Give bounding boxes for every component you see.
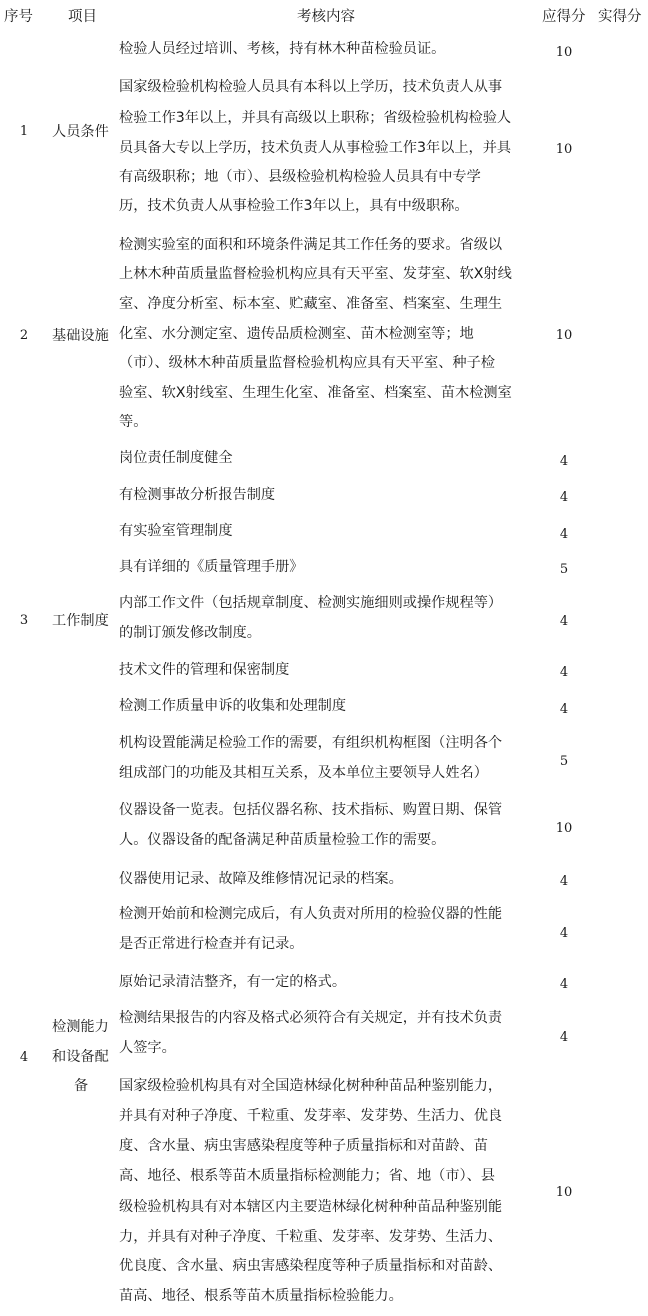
criterion-text: 验室、软X射线室、生理生化室、准备室、档案室、苗木检测室: [119, 384, 512, 402]
criterion-text: 检验人员经过培训、考核，持有林木种苗检验员证。: [119, 40, 445, 58]
criterion-text: 有高级职称；地（市）、县级检验机构检验人员具有中专学: [119, 168, 481, 186]
section-seq: 3: [14, 612, 34, 630]
expected-score: 4: [552, 1029, 576, 1047]
section-item: 工作制度: [52, 612, 109, 630]
criterion-text: 内部工作文件（包括规章制度、检测实施细则或操作规程等）: [119, 594, 502, 612]
header-expected-score: 应得分: [542, 8, 586, 26]
criterion-text: 度、含水量、病虫害感染程度等种子质量指标和对苗龄、苗: [119, 1137, 488, 1155]
expected-score: 4: [552, 526, 576, 544]
expected-score: 4: [552, 664, 576, 682]
criterion-text: （市）、级林木种苗质量监督检验机构应具有天平室、种子检: [119, 354, 495, 372]
section-item: 检测能力: [52, 1018, 109, 1036]
criterion-text: 是否正常进行检查并有记录。: [119, 935, 303, 953]
criterion-text: 具有详细的《质量管理手册》: [119, 558, 303, 576]
criterion-text: 检测结果报告的内容及格式必须符合有关规定，并有技术负责: [119, 1009, 502, 1027]
criterion-text: 苗高、地径、根系等苗木质量指标检验能力。: [119, 1287, 403, 1305]
criterion-text: 优良度、含水量、病虫害感染程度等种子质量指标和对苗龄、: [119, 1257, 502, 1275]
criterion-text: 检测实验室的面积和环境条件满足其工作任务的要求。省级以: [119, 236, 502, 254]
expected-score: 10: [552, 820, 576, 838]
criterion-text: 上林木种苗质量监督检验机构应具有天平室、发芽室、软X射线: [119, 265, 512, 283]
criterion-text: 检测开始前和检测完成后，有人负责对所用的检验仪器的性能: [119, 905, 502, 923]
criterion-text: 机构设置能满足检验工作的需要，有组织机构框图（注明各个: [119, 734, 502, 752]
expected-score: 4: [552, 701, 576, 719]
expected-score: 10: [552, 141, 576, 159]
criterion-text: 等。: [119, 413, 147, 431]
expected-score: 10: [552, 44, 576, 62]
header-content: 考核内容: [297, 8, 355, 26]
criterion-text: 历，技术负责人从事检验工作3年以上，具有中级职称。: [119, 197, 469, 215]
header-item: 项目: [68, 8, 97, 26]
expected-score: 10: [552, 327, 576, 345]
expected-score: 4: [552, 873, 576, 891]
criterion-text: 原始记录清洁整齐，有一定的格式。: [119, 973, 346, 991]
criterion-text: 高、地径、根系等苗木质量指标检测能力；省、地（市）、县: [119, 1167, 495, 1185]
section-seq: 2: [14, 327, 34, 345]
expected-score: 5: [552, 561, 576, 579]
expected-score: 10: [552, 1184, 576, 1202]
criterion-text: 有检测事故分析报告制度: [119, 486, 275, 504]
criterion-text: 员具备大专以上学历，技术负责人从事检验工作3年以上，并具: [119, 139, 511, 157]
criterion-text: 检测工作质量申诉的收集和处理制度: [119, 697, 346, 715]
criterion-text: 级检验机构具有对本辖区内主要造林绿化树种种苗品种鉴别能: [119, 1198, 502, 1216]
criterion-text: 并具有对种子净度、千粒重、发芽率、发芽势、生活力、优良: [119, 1107, 502, 1125]
header-seq: 序号: [4, 8, 33, 26]
header-actual-score: 实得分: [598, 8, 642, 26]
criterion-text: 化室、水分测定室、遗传品质检测室、苗木检测室等；地: [119, 325, 474, 343]
criterion-text: 组成部门的功能及其相互关系，及本单位主要领导人姓名）: [119, 764, 488, 782]
section-seq: 1: [14, 123, 34, 141]
criterion-text: 有实验室管理制度: [119, 522, 233, 540]
section-item: 基础设施: [52, 327, 109, 345]
expected-score: 4: [552, 453, 576, 471]
expected-score: 4: [552, 925, 576, 943]
criterion-text: 仪器使用记录、故障及维修情况记录的档案。: [119, 870, 403, 888]
section-seq: 4: [14, 1049, 34, 1067]
criterion-text: 人。仪器设备的配备满足种苗质量检验工作的需要。: [119, 831, 445, 849]
expected-score: 5: [552, 753, 576, 771]
criterion-text: 人签字。: [119, 1039, 176, 1057]
expected-score: 4: [552, 489, 576, 507]
expected-score: 4: [552, 613, 576, 631]
criterion-text: 国家级检验机构具有对全国造林绿化树种种苗品种鉴别能力，: [119, 1077, 502, 1095]
criterion-text: 技术文件的管理和保密制度: [119, 661, 289, 679]
expected-score: 4: [552, 976, 576, 994]
section-item: 人员条件: [52, 123, 109, 141]
criterion-text: 力，并具有对种子净度、千粒重、发芽率、发芽势、生活力、: [119, 1228, 502, 1246]
criterion-text: 检验工作3年以上，并具有高级以上职称；省级检验机构检验人: [119, 109, 511, 127]
criterion-text: 的制订颁发修改制度。: [119, 624, 261, 642]
criterion-text: 室、净度分析室、标本室、贮藏室、准备室、档案室、生理生: [119, 295, 502, 313]
section-item: 备: [74, 1077, 88, 1095]
criterion-text: 岗位责任制度健全: [119, 449, 233, 467]
section-item: 和设备配: [52, 1048, 109, 1066]
criterion-text: 仪器设备一览表。包括仪器名称、技术指标、购置日期、保管: [119, 801, 502, 819]
criterion-text: 国家级检验机构检验人员具有本科以上学历，技术负责人从事: [119, 78, 502, 96]
